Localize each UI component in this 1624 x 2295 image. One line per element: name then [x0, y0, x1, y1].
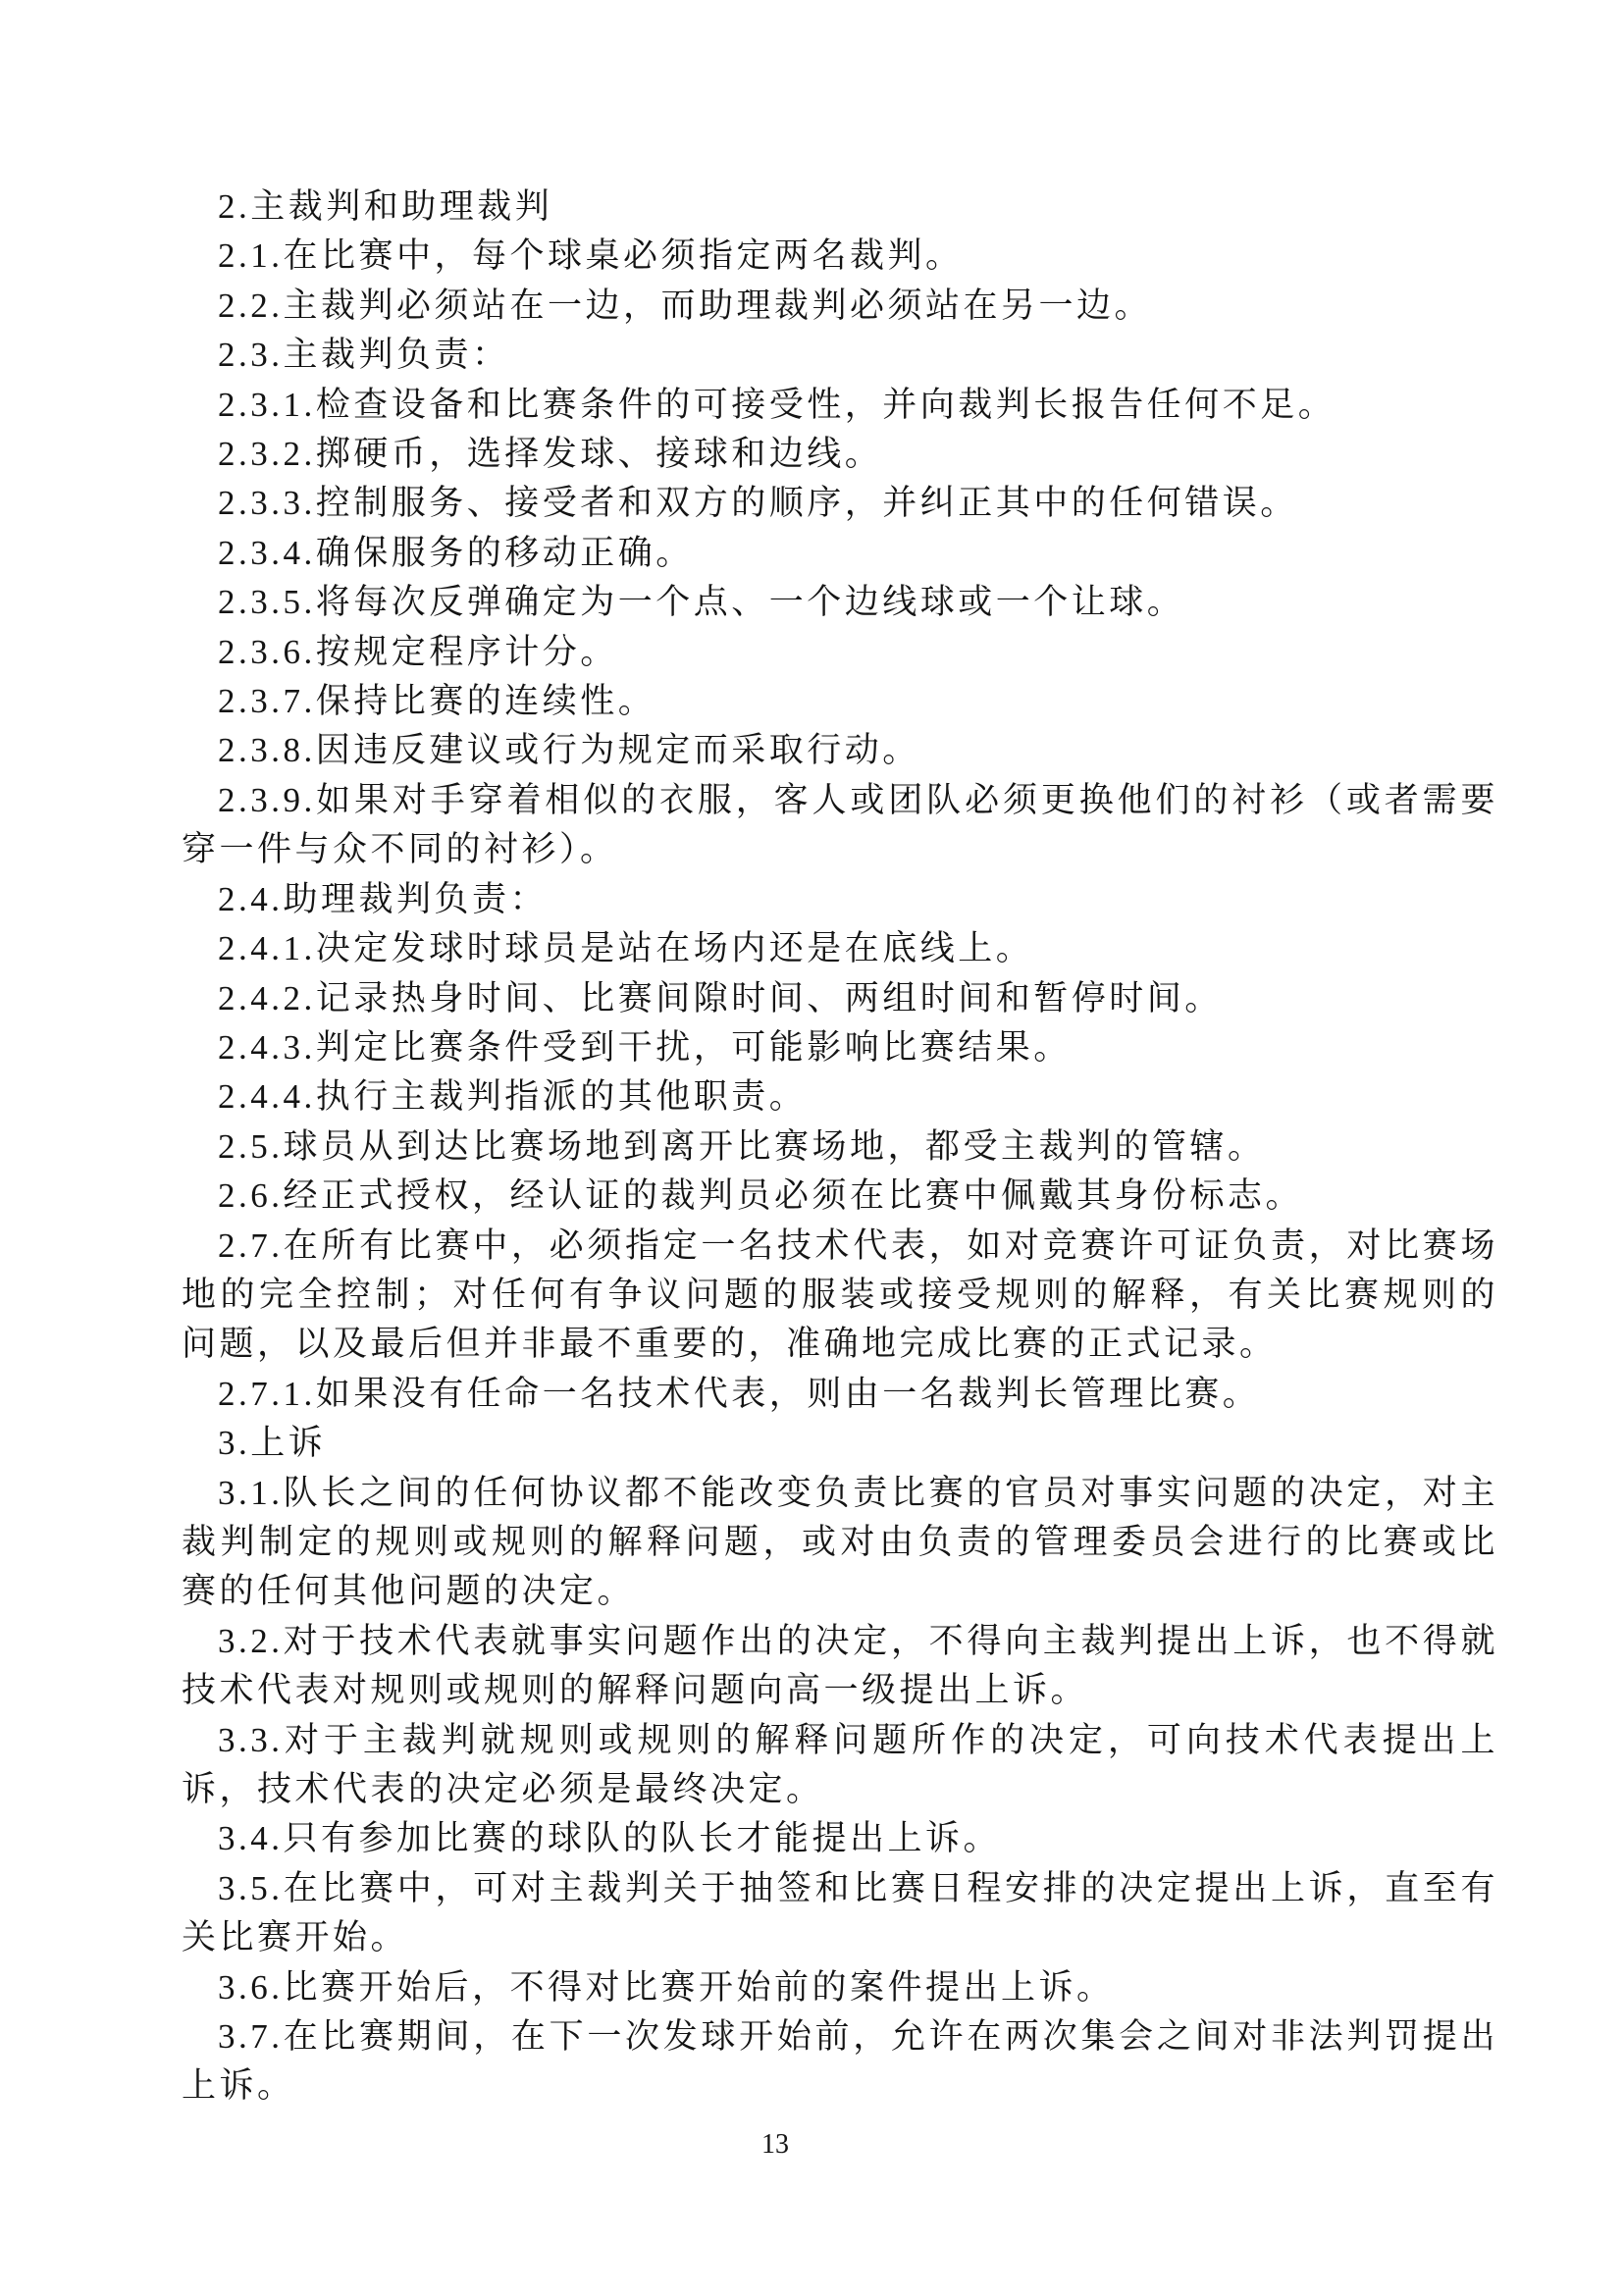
paragraph: 2.7.1.如果没有任命一名技术代表，则由一名裁判长管理比赛。 [182, 1370, 1498, 1419]
paragraph: 2.7.在所有比赛中，必须指定一名技术代表，如对竞赛许可证负责，对比赛场地的完全… [182, 1222, 1498, 1370]
paragraph: 2.3.3.控制服务、接受者和双方的顺序，并纠正其中的任何错误。 [182, 479, 1498, 528]
document-page: 2.主裁判和助理裁判2.1.在比赛中，每个球桌必须指定两名裁判。2.2.主裁判必… [0, 0, 1624, 2295]
paragraph: 2.3.4.确保服务的移动正确。 [182, 529, 1498, 578]
paragraph: 3.上诉 [182, 1419, 1498, 1468]
paragraph: 3.6.比赛开始后，不得对比赛开始前的案件提出上诉。 [182, 1963, 1498, 2012]
paragraph: 2.5.球员从到达比赛场地到离开比赛场地，都受主裁判的管辖。 [182, 1122, 1498, 1172]
paragraph: 2.4.3.判定比赛条件受到干扰，可能影响比赛结果。 [182, 1023, 1498, 1072]
paragraph: 2.3.2.掷硬币，选择发球、接球和边线。 [182, 430, 1498, 479]
paragraph: 2.4.1.决定发球时球员是站在场内还是在底线上。 [182, 924, 1498, 973]
paragraph: 2.3.9.如果对手穿着相似的衣服，客人或团队必须更换他们的衬衫（或者需要穿一件… [182, 776, 1498, 875]
paragraph: 2.4.4.执行主裁判指派的其他职责。 [182, 1072, 1498, 1121]
paragraph: 3.1.队长之间的任何协议都不能改变负责比赛的官员对事实问题的决定，对主裁判制定… [182, 1469, 1498, 1617]
paragraph: 2.3.主裁判负责： [182, 331, 1498, 380]
paragraph: 3.4.只有参加比赛的球队的队长才能提出上诉。 [182, 1814, 1498, 1863]
paragraph: 2.4.2.记录热身时间、比赛间隙时间、两组时间和暂停时间。 [182, 974, 1498, 1023]
paragraph: 2.3.5.将每次反弹确定为一个点、一个边线球或一个让球。 [182, 578, 1498, 627]
paragraph: 3.3.对于主裁判就规则或规则的解释问题所作的决定，可向技术代表提出上诉，技术代… [182, 1716, 1498, 1815]
paragraph: 3.5.在比赛中，可对主裁判关于抽签和比赛日程安排的决定提出上诉，直至有关比赛开… [182, 1864, 1498, 1963]
paragraph: 2.主裁判和助理裁判 [182, 183, 1498, 232]
paragraph: 2.3.1.检查设备和比赛条件的可接受性，并向裁判长报告任何不足。 [182, 381, 1498, 430]
paragraph: 2.3.6.按规定程序计分。 [182, 628, 1498, 677]
paragraph: 3.2.对于技术代表就事实问题作出的决定，不得向主裁判提出上诉，也不得就技术代表… [182, 1617, 1498, 1716]
paragraph: 2.4.助理裁判负责： [182, 875, 1498, 924]
paragraph: 2.2.主裁判必须站在一边，而助理裁判必须站在另一边。 [182, 282, 1498, 331]
paragraph: 2.3.7.保持比赛的连续性。 [182, 677, 1498, 726]
paragraph: 2.3.8.因违反建议或行为规定而采取行动。 [182, 726, 1498, 775]
page-number: 13 [0, 2129, 1550, 2161]
paragraph: 2.6.经正式授权，经认证的裁判员必须在比赛中佩戴其身份标志。 [182, 1172, 1498, 1221]
document-body: 2.主裁判和助理裁判2.1.在比赛中，每个球桌必须指定两名裁判。2.2.主裁判必… [182, 183, 1498, 2112]
paragraph: 3.7.在比赛期间，在下一次发球开始前，允许在两次集会之间对非法判罚提出上诉。 [182, 2012, 1498, 2112]
paragraph: 2.1.在比赛中，每个球桌必须指定两名裁判。 [182, 232, 1498, 281]
